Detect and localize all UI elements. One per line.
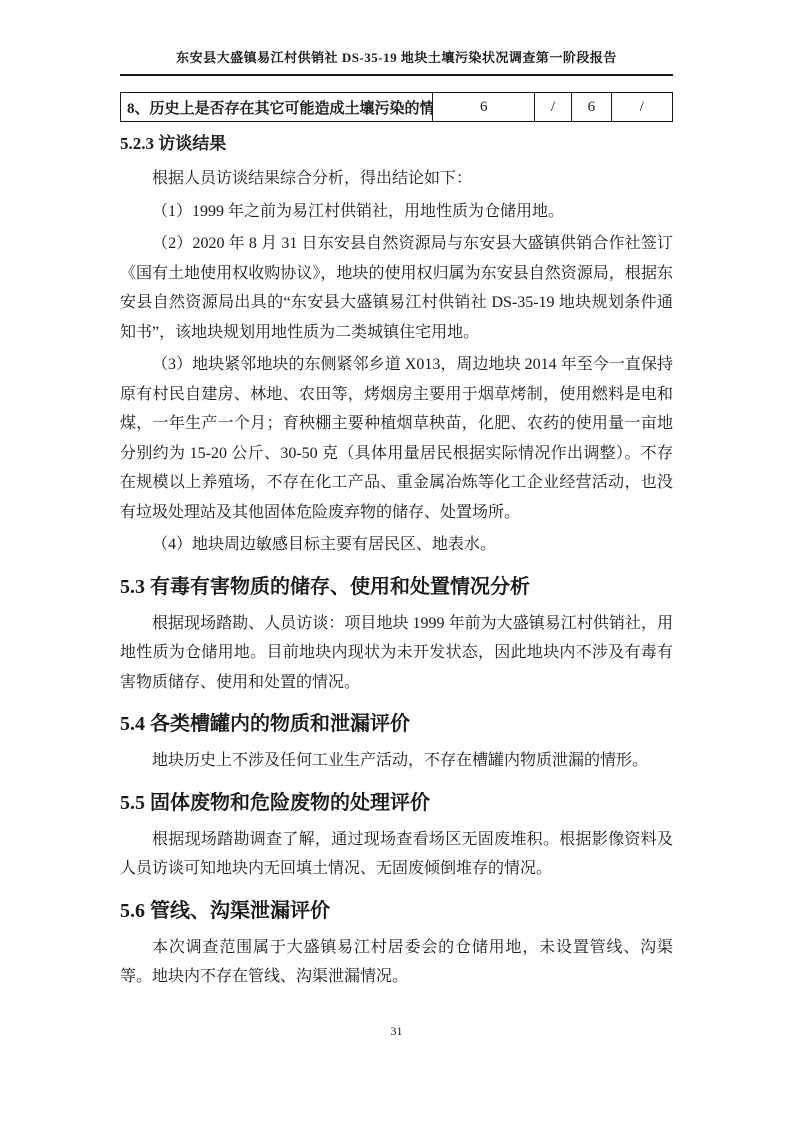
paragraph-5-4: 地块历史上不涉及任何工业生产活动，不存在槽罐内物质泄漏的情形。: [120, 746, 673, 776]
paragraph-5-6: 本次调查范围属于大盛镇易江村居委会的仓储用地，未设置管线、沟渠等。地块内不存在管…: [120, 933, 673, 992]
paragraph-interview-intro: 根据人员访谈结果综合分析，得出结论如下：: [120, 164, 673, 194]
report-title: 东安县大盛镇易江村供销社 DS-35-19 地块土壤污染状况调查第一阶段报告: [120, 50, 673, 66]
question-cell: 8、历史上是否存在其它可能造成土壤污染的情形？: [121, 93, 433, 122]
document-page: 东安县大盛镇易江村供销社 DS-35-19 地块土壤污染状况调查第一阶段报告 8…: [0, 0, 793, 1122]
page-number: 31: [391, 1024, 403, 1038]
score-cell-4: /: [611, 93, 672, 122]
screening-score-table: 8、历史上是否存在其它可能造成土壤污染的情形？ 6 / 6 /: [120, 92, 673, 122]
section-heading-5-3: 5.3 有毒有害物质的储存、使用和处置情况分析: [120, 574, 673, 601]
score-cell-2: /: [535, 93, 572, 122]
paragraph-conclusion-1: （1）1999 年之前为易江村供销社，用地性质为仓储用地。: [120, 197, 673, 227]
section-heading-5-4: 5.4 各类槽罐内的物质和泄漏评价: [120, 711, 673, 738]
section-heading-5-5: 5.5 固体废物和危险废物的处理评价: [120, 790, 673, 817]
section-heading-5-6: 5.6 管线、沟渠泄漏评价: [120, 898, 673, 925]
page-footer: 31: [0, 1024, 793, 1039]
table-row: 8、历史上是否存在其它可能造成土壤污染的情形？ 6 / 6 /: [121, 93, 673, 122]
paragraph-conclusion-2: （2）2020 年 8 月 31 日东安县自然资源局与东安县大盛镇供销合作社签订…: [120, 229, 673, 347]
paragraph-conclusion-4: （4）地块周边敏感目标主要有居民区、地表水。: [120, 530, 673, 560]
paragraph-conclusion-3: （3）地块紧邻地块的东侧紧邻乡道 X013，周边地块 2014 年至今一直保持原…: [120, 350, 673, 527]
score-cell-3: 6: [571, 93, 611, 122]
section-heading-5-2-3: 5.2.3 访谈结果: [120, 132, 673, 156]
paragraph-5-5: 根据现场踏勘调查了解，通过现场查看场区无固废堆积。根据影像资料及人员访谈可知地块…: [120, 825, 673, 884]
paragraph-5-3: 根据现场踏勘、人员访谈：项目地块 1999 年前为大盛镇易江村供销社，用地性质为…: [120, 609, 673, 698]
page-header: 东安县大盛镇易江村供销社 DS-35-19 地块土壤污染状况调查第一阶段报告: [120, 50, 673, 76]
score-cell-1: 6: [433, 93, 535, 122]
